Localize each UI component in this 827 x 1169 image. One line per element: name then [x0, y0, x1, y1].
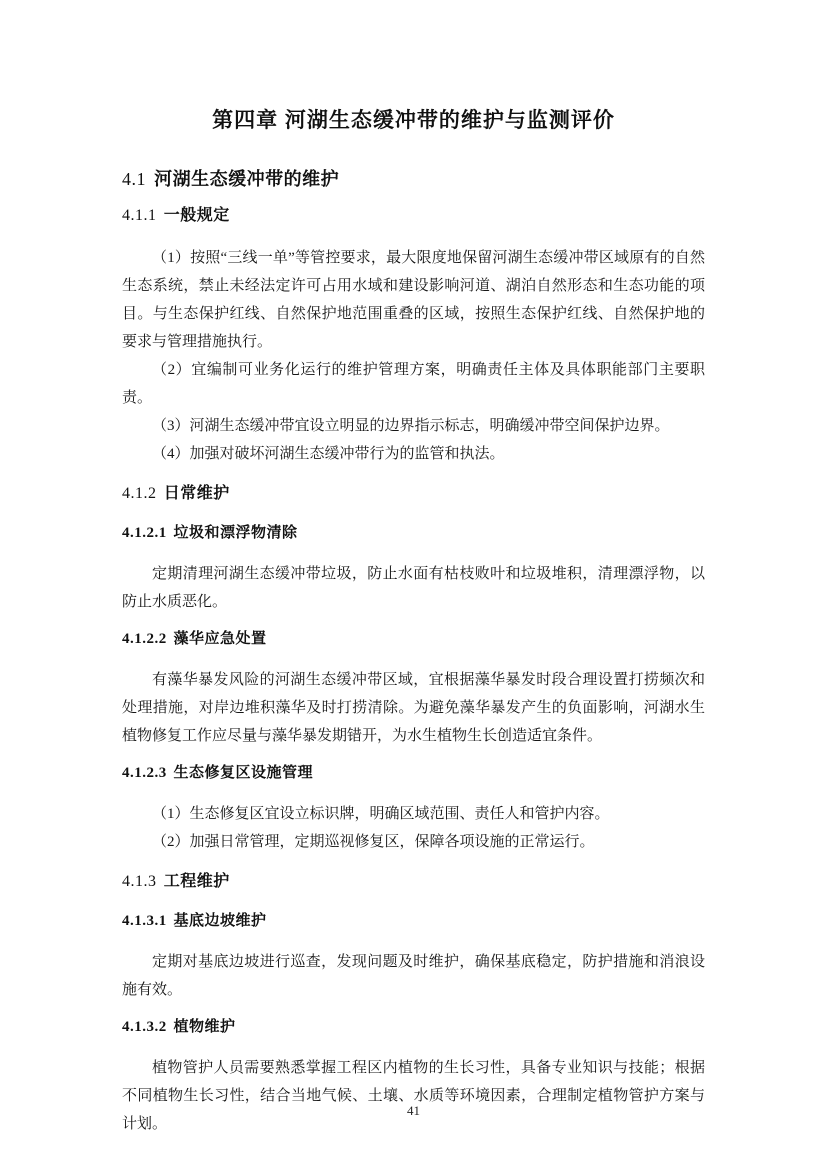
paragraph-4-1-1-item-2: （2）宜编制可业务化运行的维护管理方案，明确责任主体及具体职能部门主要职责。: [122, 356, 705, 412]
chapter-title: 第四章 河湖生态缓冲带的维护与监测评价: [122, 108, 705, 134]
paragraph-4-1-2-3-item-1: （1）生态修复区宜设立标识牌，明确区域范围、责任人和管护内容。: [122, 800, 705, 828]
heading-number: 4.1.2.3: [122, 765, 167, 781]
heading-number: 4.1.2: [122, 485, 157, 502]
paragraph-4-1-1-item-3: （3）河湖生态缓冲带宜设立明显的边界指示标志，明确缓冲带空间保护边界。: [122, 412, 705, 440]
paragraph-4-1-2-1: 定期清理河湖生态缓冲带垃圾，防止水面有枯枝败叶和垃圾堆积，清理漂浮物，以防止水质…: [122, 560, 705, 616]
heading-text: 工程维护: [164, 873, 230, 890]
heading-number: 4.1.3: [122, 873, 157, 890]
page-number: 41: [0, 1103, 827, 1119]
section-heading-4-1-2-1: 4.1.2.1垃圾和漂浮物清除: [122, 522, 705, 544]
section-heading-4-1-2-3: 4.1.2.3生态修复区设施管理: [122, 762, 705, 784]
section-heading-4-1-1: 4.1.1一般规定: [122, 204, 705, 228]
section-heading-4-1-3: 4.1.3工程维护: [122, 870, 705, 894]
heading-text: 藻华应急处置: [174, 630, 267, 647]
heading-number: 4.1.3.2: [122, 1019, 167, 1035]
paragraph-4-1-1-item-1: （1）按照“三线一单”等管控要求，最大限度地保留河湖生态缓冲带区域原有的自然生态…: [122, 244, 705, 356]
heading-text: 生态修复区设施管理: [174, 764, 314, 781]
heading-number: 4.1.3.1: [122, 913, 167, 929]
section-heading-4-1-3-1: 4.1.3.1基底边坡维护: [122, 910, 705, 932]
heading-text: 基底边坡维护: [174, 912, 267, 929]
heading-text: 日常维护: [164, 485, 230, 502]
section-heading-4-1-2: 4.1.2日常维护: [122, 482, 705, 506]
paragraph-4-1-2-2: 有藻华暴发风险的河湖生态缓冲带区域，宜根据藻华暴发时段合理设置打捞频次和处理措施…: [122, 666, 705, 750]
heading-number: 4.1.2.1: [122, 525, 167, 541]
heading-text: 垃圾和漂浮物清除: [174, 524, 298, 541]
section-heading-4-1-3-2: 4.1.3.2植物维护: [122, 1016, 705, 1038]
heading-text: 河湖生态缓冲带的维护: [154, 169, 339, 189]
paragraph-4-1-3-1: 定期对基底边坡进行巡查，发现问题及时维护，确保基底稳定，防护措施和消浪设施有效。: [122, 948, 705, 1004]
heading-number: 4.1.2.2: [122, 631, 167, 647]
heading-number: 4.1.1: [122, 207, 157, 224]
paragraph-4-1-2-3-item-2: （2）加强日常管理，定期巡视修复区，保障各项设施的正常运行。: [122, 828, 705, 856]
heading-number: 4.1: [122, 169, 146, 189]
document-page: 第四章 河湖生态缓冲带的维护与监测评价 4.1河湖生态缓冲带的维护 4.1.1一…: [0, 0, 827, 1169]
paragraph-4-1-1-item-4: （4）加强对破坏河湖生态缓冲带行为的监管和执法。: [122, 440, 705, 468]
section-heading-4-1-2-2: 4.1.2.2藻华应急处置: [122, 628, 705, 650]
paragraph-4-1-3-2: 植物管护人员需要熟悉掌握工程区内植物的生长习性，具备专业知识与技能；根据不同植物…: [122, 1054, 705, 1138]
section-heading-4-1: 4.1河湖生态缓冲带的维护: [122, 166, 705, 192]
heading-text: 一般规定: [164, 207, 230, 224]
heading-text: 植物维护: [174, 1018, 236, 1035]
